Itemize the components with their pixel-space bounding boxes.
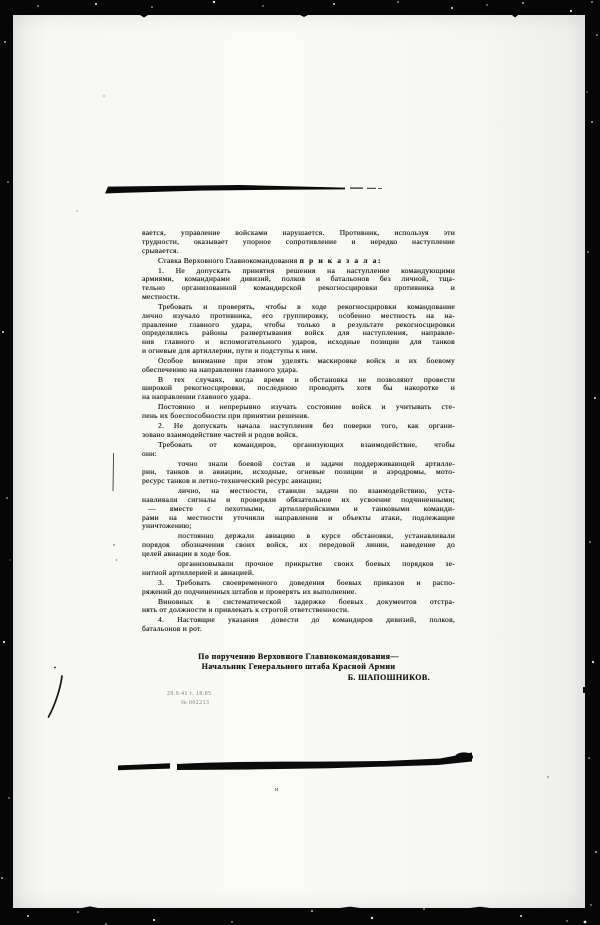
document-line: зовано взаимодействие частей и родов вой…	[142, 431, 455, 440]
scanned-document: вается, управление войсками нарушается. …	[0, 0, 600, 925]
document-line: уничтожению;	[142, 522, 455, 531]
document-line: ряжений до подчиненных штабов и проверят…	[142, 588, 455, 597]
order-keyword-bold: п р и к а з а л а:	[300, 256, 383, 265]
signature-line-name: Б. ШАПОШНИКОВ.	[142, 673, 455, 682]
document-line: на направлении главного удара.	[142, 393, 455, 402]
signature-line-title: Начальник Генерального штаба Красной Арм…	[142, 662, 455, 671]
document-line: трудности, оказывает упорное сопротивлен…	[142, 238, 455, 247]
document-line: нитной артиллерией и авиацией.	[142, 569, 455, 578]
stamp-number: № 002213	[181, 700, 212, 707]
document-line: и огневые для артиллерии, пути и подступ…	[142, 347, 455, 356]
date-number-stamp: 29.9.41 г. 18.05 № 002213	[167, 691, 212, 706]
document-line: целей авиации в ходе боя.	[142, 550, 455, 559]
stamp-date: 29.9.41 г. 18.05	[167, 691, 212, 698]
document-line: пень их боеспособности при принятии реше…	[142, 412, 455, 421]
signature-block: По поручению Верховного Главнокомандован…	[142, 650, 455, 682]
document-line: нять от должности и привлекать к строгой…	[142, 606, 455, 615]
document-line: местности.	[142, 293, 455, 302]
signature-line-authority: По поручению Верховного Главнокомандован…	[142, 652, 455, 661]
document-line: батальонов и рот.	[142, 625, 455, 634]
document-line: Требовать от командиров, организующих вз…	[142, 441, 455, 450]
document-text: вается, управление войсками нарушается. …	[142, 229, 455, 634]
document-line: тельно организованной командирской реког…	[142, 284, 455, 293]
document-line: ресурс танков и летно-технический ресурс…	[142, 477, 455, 486]
document-line: они:	[142, 450, 455, 459]
document-line: Ставка Верховного Главнокомандования п р…	[142, 257, 455, 266]
document-line: обеспечению на направлении главного удар…	[142, 366, 455, 375]
document-line: срывается.	[142, 247, 455, 256]
